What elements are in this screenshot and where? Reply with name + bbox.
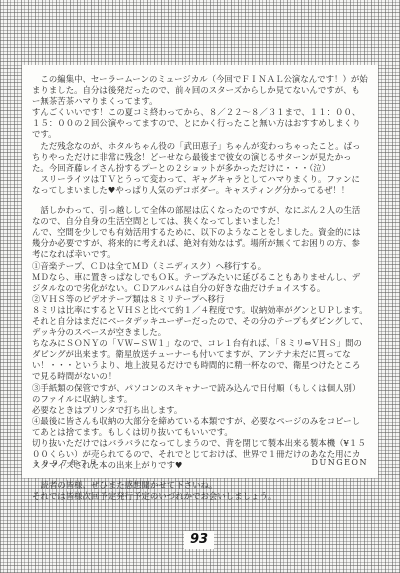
section-storage: 話しかわって、引っ越しして全体の部屋は広くなったのですが、なにぶん２人の生活なの… <box>32 205 368 471</box>
paragraph: 読者の皆様、ぜひまた感想聞かせて下さいね。 <box>32 480 368 491</box>
paragraph: ちなみにＳＯＮＹの「ＶＷ−ＳＷ１」なので、コレ１台有れば、「８ミリ⇔ＶＨＳ」間の… <box>32 338 368 382</box>
paragraph: ④最後に皆さんも収納の大部分を締めている本類ですが、必要なページのみをコピーして… <box>32 416 368 438</box>
paragraph: んで、空間を少しでも有効活用するために、以下のようなことをしました。資金的には幾… <box>32 227 368 260</box>
section-musical: この編集中、セーラームーンのミュージカル（今回でＦＩＮＡＬ公演なんです！）が始ま… <box>32 74 368 196</box>
paragraph: スリーライツはＴＶとうって変わって、ギャグキャラとしてハマりまくり。ファンになっ… <box>32 174 368 196</box>
paragraph: ＭＤなら、車に置きっぱなしでもＯＫ。テープみたいに延びることもありませんし、デジ… <box>32 272 368 294</box>
date-text: １９９７年７月 <box>32 458 99 469</box>
author-signature: DUNGEON <box>312 458 368 469</box>
paragraph: 話しかわって、引っ越しして全体の部屋は広くなったのですが、なにぶん２人の生活なの… <box>32 205 368 227</box>
signature-footer: １９９７年７月 DUNGEON <box>32 458 368 469</box>
spacer <box>32 196 368 205</box>
text-box: この編集中、セーラームーンのミュージカル（今回でＦＩＮＡＬ公演なんです！）が始ま… <box>22 65 378 478</box>
spacer <box>32 471 368 480</box>
paragraph: この編集中、セーラームーンのミュージカル（今回でＦＩＮＡＬ公演なんです！）が始ま… <box>32 74 368 107</box>
paragraph: ただ残念なのが、ホタルちゃん役の「武田恵子」ちゃんが変わっちゃったこと。ばっちり… <box>32 141 368 174</box>
paragraph: ③手紙類の保管ですが、パソコンのスキャナーで読み込んで日付順（もしくは個人別）の… <box>32 383 368 405</box>
page-number: 93 <box>184 531 214 549</box>
paragraph: すんごくいいです！この夏コミ終わってから、８／２２〜８／３１まで、１１：００、１… <box>32 107 368 140</box>
paragraph: ①音楽テープ、ＣＤは全てＭＤ（ミニディスク）へ移行する。 <box>32 261 368 272</box>
paragraph: 必要なときはプリンタで打ち出します。 <box>32 405 368 416</box>
paragraph: ②ＶＨＳ等のビデオテープ類は８ミリテープへ移行 <box>32 294 368 305</box>
section-closing: 読者の皆様、ぜひまた感想聞かせて下さいね。 それでは皆様次回予定発行予定のいづれ… <box>32 480 368 502</box>
paragraph: ８ミリは比率にするとＶＨＳと比べて約１／４程度です。収納効率がグンとＵＰします。… <box>32 305 368 338</box>
paragraph: それでは皆様次回予定発行予定のいづれかでお会いしましょう。 <box>32 491 368 502</box>
